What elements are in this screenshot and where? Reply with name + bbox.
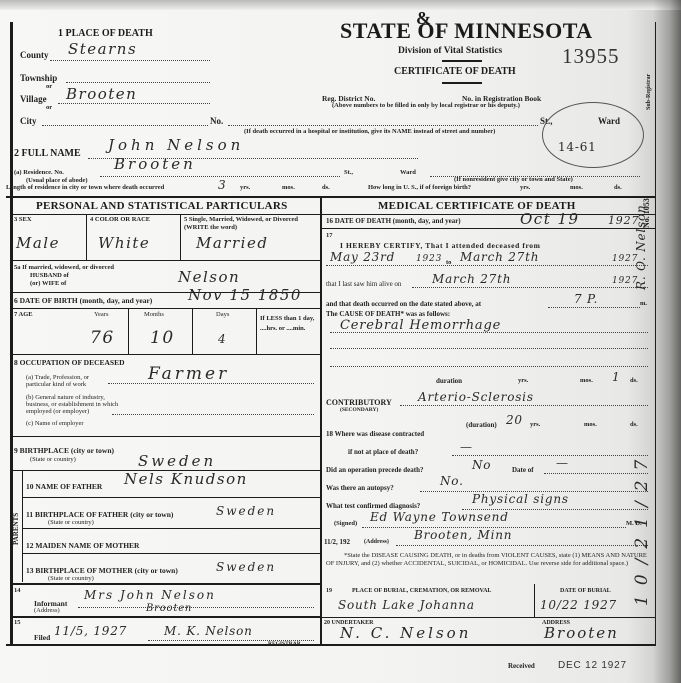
signed-label: (Signed)	[334, 520, 357, 527]
cause-mos-label: mos.	[580, 377, 593, 384]
village-value: Brooten	[66, 85, 137, 103]
sex-label: 3 SEX	[14, 216, 32, 223]
filed-number: 15	[14, 619, 21, 626]
sub-registrar-side-label: Sub-Registrar	[646, 74, 652, 110]
certify-text: I HEREBY CERTIFY, That I attended deceas…	[340, 241, 540, 250]
registrar-label: REGISTRAR	[268, 641, 301, 647]
contributory-label: CONTRIBUTORY	[326, 398, 392, 407]
burial-rule	[322, 617, 655, 618]
full-name-label: 2 FULL NAME	[14, 148, 81, 159]
spouse-label-3: (or) WIFE of	[30, 280, 66, 287]
personal-particulars-heading: PERSONAL AND STATISTICAL PARTICULARS	[36, 200, 288, 212]
received-label: Received	[508, 662, 535, 670]
us-yrs-label: yrs.	[520, 184, 530, 191]
autopsy-value: No.	[440, 474, 464, 488]
time-of-death-line	[548, 307, 640, 308]
age-label: 7 AGE	[14, 311, 33, 318]
occupation-b-line	[112, 414, 314, 415]
cause-of-death-value: Cerebral Hemorrhage	[340, 318, 501, 333]
nonresident-note: (If nonresident give city or town and St…	[454, 176, 573, 183]
signed-value: Ed Wayne Townsend	[370, 510, 509, 524]
residence-sub-label: (Usual place of abode)	[26, 177, 88, 184]
residence-line	[100, 176, 340, 177]
city-line	[42, 125, 208, 126]
occupation-a-label: (a) Trade, Profession, or particular kin…	[26, 374, 108, 388]
father-name-rule	[22, 497, 320, 498]
to-label: to	[446, 259, 451, 266]
age-days-value: 4	[218, 332, 226, 346]
not-at-place-value: —	[460, 440, 473, 454]
contrib-mos-label: mos.	[584, 421, 597, 428]
age-months-value: 10	[150, 328, 175, 348]
cause-yrs-label: yrs.	[518, 377, 528, 384]
divider-top-section	[6, 196, 656, 198]
not-at-place-label: if not at place of death?	[348, 448, 418, 456]
signed-address-line	[396, 545, 648, 546]
dob-label: 6 DATE OF BIRTH (month, day, and year)	[14, 296, 152, 305]
contracted-label: 18 Where was disease contracted	[326, 430, 424, 438]
hospital-note: (If death occurred in a hospital or inst…	[244, 128, 495, 135]
father-birthplace-sub-label: (State or country)	[48, 519, 94, 526]
us-mos-label: mos.	[570, 184, 583, 191]
state-title: STATE OF MINNESOTA	[340, 18, 593, 44]
burial-date-label: DATE OF BURIAL	[560, 588, 611, 594]
occupation-c-label: (c) Name of employer	[26, 420, 84, 427]
township-line	[66, 82, 210, 83]
personal-heading-rule	[10, 214, 320, 215]
certificate-number: 13955	[562, 44, 620, 69]
occupation-a-value: Farmer	[148, 364, 229, 384]
undertaker-address-value: Brooten	[544, 624, 619, 642]
death-certificate-page: 1 PLACE OF DEATH STATE OF MINNESOTA & Di…	[0, 0, 681, 683]
us-residence-label: How long in U. S., if of foreign birth?	[368, 184, 471, 191]
last-saw-line	[412, 287, 648, 288]
dob-rule	[10, 308, 320, 309]
cause-footnote: *State the DISEASE CAUSING DEATH, or in …	[326, 552, 648, 568]
county-label: County	[20, 50, 49, 60]
informant-address-value: Brooten	[146, 603, 192, 614]
occupation-label: 8 OCCUPATION OF DECEASED	[14, 358, 125, 367]
age-rule	[10, 354, 320, 355]
race-label: 4 COLOR OR RACE	[90, 216, 150, 223]
frame-bottom	[6, 644, 656, 646]
age-years-label: Years	[94, 311, 109, 318]
informant-line	[78, 607, 314, 608]
medical-heading-rule	[322, 214, 655, 215]
residence-label: (a) Residence. No.	[14, 169, 64, 176]
length-ds-label: ds.	[322, 184, 330, 191]
attended-from-year: 1923	[416, 254, 442, 264]
scan-right-edge-shadow	[653, 0, 681, 683]
mother-name-rule	[22, 553, 320, 554]
mother-birthplace-value: Sweden	[216, 560, 276, 574]
time-of-death-value: 7 P.	[574, 292, 598, 306]
length-of-residence-years: 3	[218, 178, 226, 192]
test-label: What test confirmed diagnosis?	[326, 502, 420, 510]
attended-line	[326, 265, 648, 266]
city-label: City	[20, 116, 37, 126]
time-suffix: m.	[640, 300, 647, 307]
dob-value: Nov 15 1850	[188, 286, 302, 304]
last-saw-value: March 27th	[432, 272, 511, 286]
informant-rule	[10, 616, 320, 618]
age-months-label: Months	[144, 311, 164, 318]
burial-place-value: South Lake Johanna	[338, 598, 475, 612]
informant-number: 14	[14, 587, 21, 594]
burial-place-label: PLACE OF BURIAL, CREMATION, OR REMOVAL	[352, 588, 491, 594]
filed-label: Filed	[34, 633, 50, 642]
operation-value: No	[472, 458, 491, 472]
divider-center	[320, 196, 322, 644]
length-of-residence-label: Length of residence in city or town wher…	[6, 184, 164, 191]
age-divider-3	[256, 308, 257, 354]
city-no-label: No.	[210, 116, 223, 126]
age-divider-2	[192, 308, 193, 354]
race-value: White	[98, 234, 150, 252]
autopsy-label: Was there an autopsy?	[326, 484, 394, 492]
residence-ward-label: Ward	[400, 169, 416, 176]
birthplace-sub-label: (State or country)	[30, 456, 76, 463]
cause-duration-days: 1	[612, 370, 620, 384]
undertaker-value: N. C. Nelson	[340, 624, 471, 642]
less-than-day-label: If LESS than 1 day, ....hrs. or ....min.	[260, 314, 318, 334]
scan-top-edge	[0, 0, 681, 10]
occupation-b-label: (b) General nature of industry, business…	[26, 394, 122, 415]
cause-line-3	[330, 366, 648, 367]
circled-value: 14-61	[558, 140, 597, 154]
father-birthplace-value: Sweden	[216, 504, 276, 518]
operation-date-label: Date of	[512, 466, 534, 474]
age-days-label: Days	[216, 311, 229, 318]
signed-address-value: Brooten, Minn	[414, 528, 512, 542]
residence-value: Brooten	[114, 155, 196, 173]
side-handwritten-signature: R. O. Nelson	[634, 204, 648, 290]
parents-bottom-rule	[10, 583, 320, 585]
or-label-2: or	[46, 104, 52, 111]
marital-rule	[10, 260, 320, 261]
or-label-1: or	[46, 83, 52, 90]
age-divider-1	[128, 308, 129, 354]
age-years-value: 76	[90, 328, 115, 348]
header-rule-2	[442, 82, 482, 84]
dod-rule	[322, 228, 655, 229]
side-handwritten-date: 10/21/27	[632, 450, 652, 606]
spouse-label-1: 5a If married, widowed, or divorced	[14, 264, 114, 271]
dod-value: Oct 19	[520, 210, 580, 228]
reg-note: (Above numbers to be filled in only by l…	[332, 102, 520, 109]
village-label: Village	[20, 94, 47, 104]
contributory-value: Arterio-Sclerosis	[418, 390, 534, 404]
header-rule-1	[442, 60, 482, 62]
time-of-death-label: and that death occurred on the date stat…	[326, 300, 481, 308]
city-no-line	[228, 125, 538, 126]
mother-birthplace-sub-label: (State or country)	[48, 575, 94, 582]
contrib-ds-label: ds.	[630, 421, 638, 428]
not-at-place-line	[452, 455, 648, 456]
contrib-duration-label: (duration)	[466, 421, 497, 429]
operation-label: Did an operation precede death?	[326, 466, 423, 474]
county-line	[50, 60, 210, 61]
division-label: Division of Vital Statistics	[398, 46, 502, 56]
race-divider	[180, 214, 181, 260]
contrib-yrs-label: yrs.	[530, 421, 540, 428]
father-birthplace-rule	[22, 528, 320, 529]
signed-address-label: (Address)	[364, 539, 389, 545]
cause-line-2	[330, 348, 648, 349]
burial-divider	[534, 584, 535, 618]
contrib-duration-years: 20	[506, 413, 523, 427]
birthplace-label: 9 BIRTHPLACE (city or town)	[14, 446, 114, 455]
mother-name-label: 12 MAIDEN NAME OF MOTHER	[26, 541, 139, 550]
residence-st-label: St.,	[344, 169, 353, 176]
operation-date-value: —	[556, 456, 569, 470]
cause-of-death-label: The CAUSE OF DEATH* was as follows:	[326, 310, 450, 318]
sex-value: Male	[16, 234, 60, 252]
village-line	[58, 103, 210, 104]
father-name-value: Nels Knudson	[124, 470, 248, 488]
township-label: Township	[20, 73, 57, 83]
spouse-value: Nelson	[178, 268, 240, 286]
filed-value: 11/5, 1927	[54, 624, 127, 638]
father-name-label: 10 NAME OF FATHER	[26, 482, 102, 491]
informant-address-label: (Address)	[34, 607, 60, 614]
attended-to: March 27th	[460, 250, 539, 264]
informant-value: Mrs John Nelson	[84, 588, 216, 602]
burial-date-value: 10/22 1927	[540, 598, 617, 612]
frame-left	[10, 22, 13, 644]
contributory-line	[400, 405, 648, 406]
certificate-title: CERTIFICATE OF DEATH	[394, 66, 516, 77]
length-mos-label: mos.	[282, 184, 295, 191]
us-ds-label: ds.	[614, 184, 622, 191]
parents-divider	[22, 470, 23, 582]
item-17-number: 17	[326, 232, 333, 239]
test-value: Physical signs	[472, 492, 569, 506]
marital-label: 5 Single, Married, Widowed, or Divorced …	[184, 216, 320, 232]
state-seal-ampersand-icon: &	[416, 8, 431, 29]
occupation-rule	[10, 436, 320, 437]
birthplace-value: Sweden	[138, 452, 216, 470]
last-saw-label: that I last saw him alive on	[326, 280, 401, 288]
cause-ds-label: ds.	[630, 377, 638, 384]
mother-birthplace-label: 13 BIRTHPLACE OF MOTHER (city or town)	[26, 566, 178, 575]
sex-divider	[86, 214, 87, 260]
burial-number: 19	[326, 588, 332, 594]
full-name-value: John Nelson	[108, 136, 244, 154]
attended-from: May 23rd	[330, 250, 395, 264]
length-yrs-label: yrs.	[240, 184, 250, 191]
circled-annotation	[542, 102, 644, 168]
registrar-signature: M. K. Nelson	[164, 624, 253, 638]
parents-side-label: PARENTS	[12, 513, 20, 545]
place-of-death-heading: 1 PLACE OF DEATH	[58, 28, 153, 39]
father-birthplace-label: 11 BIRTHPLACE OF FATHER (city or town)	[26, 510, 173, 519]
county-value: Stearns	[68, 40, 137, 58]
received-date-stamp: DEC 12 1927	[558, 660, 627, 671]
marital-value: Married	[196, 234, 268, 252]
dod-label: 16 DATE OF DEATH (month, day, and year)	[326, 217, 461, 225]
sign-date-value: 11/2, 192	[324, 538, 350, 546]
spouse-label-2: HUSBAND of	[30, 272, 69, 279]
cause-duration-label: duration	[436, 377, 462, 385]
contributory-sub-label: (SECONDARY)	[340, 407, 378, 413]
